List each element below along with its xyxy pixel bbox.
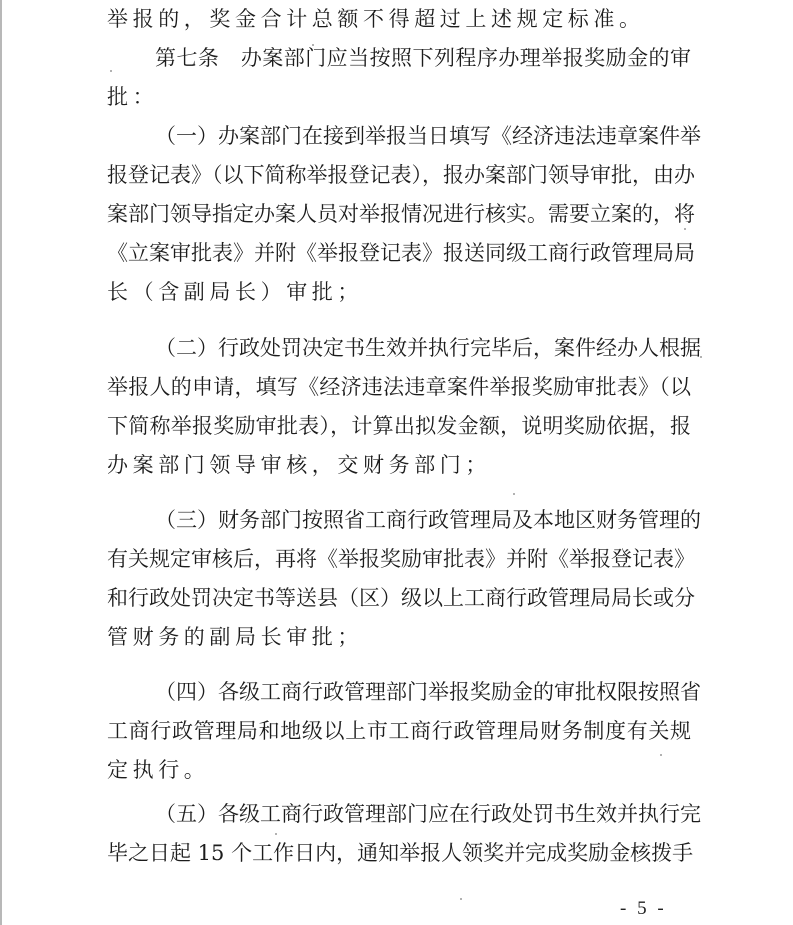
scan-speck xyxy=(275,833,277,835)
text-line: 工商行政管理局和地级以上市工商行政管理局财务制度有关规 xyxy=(107,716,691,746)
clause-5-line: （五）各级工商行政管理部门应在行政处罚书生效并执行完 xyxy=(155,799,691,829)
article-heading-line: 第七条 办案部门应当按照下列程序办理举报奖励金的审 xyxy=(155,43,691,73)
text-line: 《立案审批表》并附《举报登记表》报送同级工商行政管理局局 xyxy=(107,238,691,268)
clause-3-line: （三）财务部门按照省工商行政管理局及本地区财务管理的 xyxy=(155,505,691,535)
scan-speck xyxy=(513,493,515,495)
text-line: 举报人的申请，填写《经济违法违章案件举报奖励审批表》（以 xyxy=(107,372,691,402)
scan-speck xyxy=(460,898,462,900)
text-line: 举报的，奖金合计总额不得超过上述规定标准。 xyxy=(107,4,645,34)
scan-speck xyxy=(684,228,686,230)
text-line: 下简称举报奖励审批表），计算出拟发金额，说明奖励依据，报 xyxy=(107,411,691,441)
text-line: 定执行。 xyxy=(107,755,209,785)
text-line: 管财务的副局长审批； xyxy=(107,622,363,652)
scan-speck xyxy=(700,356,702,358)
page-number: - 5 - xyxy=(620,897,667,921)
text-line: 毕之日起 15 个工作日内，通知举报人领奖并完成奖励金核拨手 xyxy=(107,838,691,868)
text-line: 有关规定审核后，再将《举报奖励审批表》并附《举报登记表》 xyxy=(107,544,691,574)
text-line: 报登记表》（以下简称举报登记表），报办案部门领导审批，由办 xyxy=(107,160,691,190)
page-left-border xyxy=(0,0,2,925)
scan-speck xyxy=(660,754,662,756)
text-line: 长（含副局长）审批； xyxy=(107,277,363,307)
text-line: 和行政处罚决定书等送县（区）级以上工商行政管理局局长或分 xyxy=(107,583,691,613)
text-line: 批： xyxy=(107,82,158,112)
clause-2-line: （二）行政处罚决定书生效并执行完毕后，案件经办人根据 xyxy=(155,333,691,363)
scan-speck xyxy=(110,70,112,72)
clause-1-line: （一）办案部门在接到举报当日填写《经济违法违章案件举 xyxy=(155,121,691,151)
text-line: 办案部门领导审核，交财务部门； xyxy=(107,450,491,480)
clause-4-line: （四）各级工商行政管理部门举报奖励金的审批权限按照省 xyxy=(155,677,691,707)
text-line: 案部门领导指定办案人员对举报情况进行核实。需要立案的，将 xyxy=(107,199,691,229)
scan-speck xyxy=(312,44,314,46)
